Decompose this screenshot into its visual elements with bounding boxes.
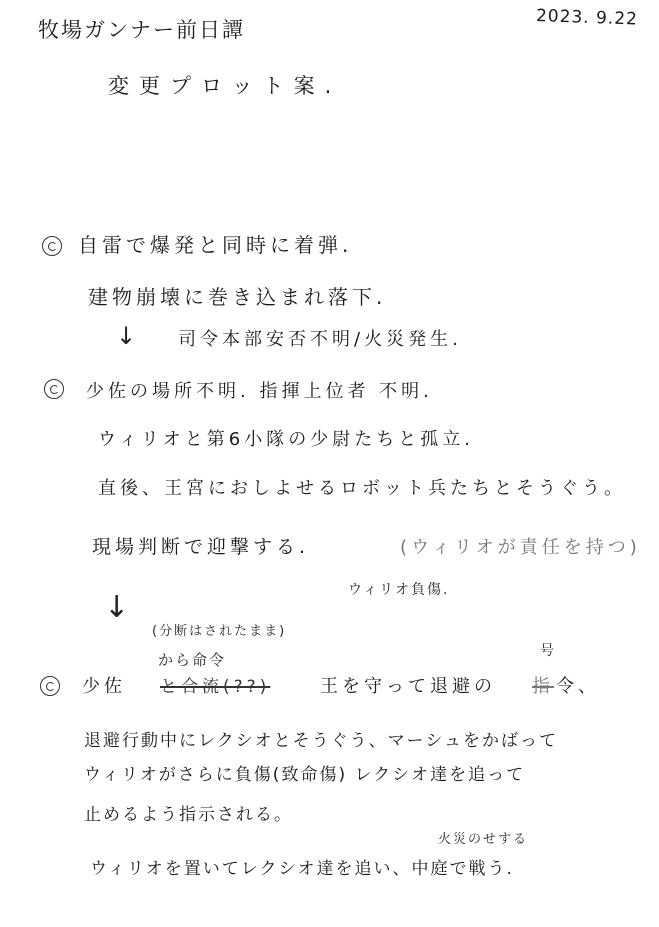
section-3-struck-text: と合流(??) xyxy=(160,672,270,697)
section-3-line-1: 退避行動中にレクシオとそうぐう、マーシュをかばって xyxy=(84,726,558,751)
section-1-line-2: 建物崩壊に巻き込まれ落下. xyxy=(88,281,386,310)
document-date: 2023. 9.22 xyxy=(536,6,639,30)
bullet-icon xyxy=(44,379,64,399)
section-3-rest: 王を守って退避の xyxy=(320,672,496,698)
section-3-annotation-top: (分断はされたまま) xyxy=(152,620,286,639)
document-subtitle: 変更プロット案. xyxy=(108,70,341,100)
bullet-icon xyxy=(40,676,60,696)
section-3-struck-char: 指 xyxy=(532,672,554,698)
section-2-line-1: 少佐の場所不明. 指揮上位者 不明. xyxy=(86,377,433,403)
section-1-arrow-note: 司令本部安否不明/火災発生. xyxy=(178,325,462,351)
bullet-icon xyxy=(42,236,62,256)
section-2-paren-note: (ウィリオが責任を持つ) xyxy=(400,533,641,559)
section-2-sub-note: ウィリオ負傷. xyxy=(348,579,449,599)
section-3-annotation-insert: から命令 xyxy=(158,649,226,670)
section-3-last-line-annotation: 火災のせする xyxy=(438,828,528,847)
section-2-line-3: 直後、王宮におしよせるロボット兵たちとそうぐう。 xyxy=(98,474,626,500)
document-title: 牧場ガンナー前日譚 xyxy=(38,14,245,44)
arrow-down-icon: ↓ xyxy=(104,590,129,625)
section-2-line-2: ウィリオと第6小隊の少尉たちと孤立. xyxy=(98,425,474,451)
section-1-line-1: 自雷で爆発と同時に着弾. xyxy=(78,229,352,258)
section-3-final-char: 令、 xyxy=(556,672,600,698)
section-2-line-4: 現場判断で迎撃する. xyxy=(92,532,309,559)
section-3-last-line: ウィリオを置いてレクシオ達を追い、中庭で戦う. xyxy=(90,854,514,879)
arrow-down-icon: ↓ xyxy=(116,322,136,350)
section-3-line-3: 止めるよう指示される。 xyxy=(84,800,293,825)
section-3-replacement-char: 号 xyxy=(540,640,556,660)
section-3-prefix: 少佐 xyxy=(82,672,126,698)
section-3-line-2: ウィリオがさらに負傷(致命傷) レクシオ達を追って xyxy=(84,760,525,785)
